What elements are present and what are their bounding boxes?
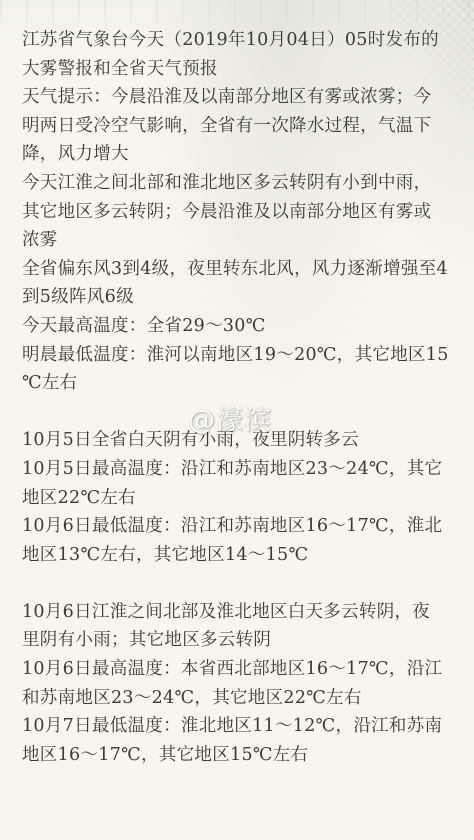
text-line: 今天江淮之间北部和淮北地区多云转阴有小到中雨，: [22, 169, 474, 198]
section-oct5-forecast: 10月5日全省白天阴有小雨，夜里阴转多云 10月5日最高温度：沿江和苏南地区23…: [22, 426, 474, 569]
text-line: 10月5日最高温度：沿江和苏南地区23～24℃，其它: [22, 455, 474, 484]
text-line: 地区16～17℃，其它地区15℃左右: [22, 741, 474, 770]
document-title: 江苏省气象台今天（2019年10月04日）05时发布的 大雾警报和全省天气预报: [22, 26, 474, 83]
text-line: 10月6日江淮之间北部及淮北地区白天多云转阴，夜: [22, 598, 474, 627]
text-line: 今天最高温度：全省29～30℃: [22, 312, 474, 341]
text-line: 地区22℃左右: [22, 484, 474, 513]
text-line: 降，风力增大: [22, 140, 474, 169]
text-line: 地区13℃左右，其它地区14～15℃: [22, 541, 474, 570]
text-line: 10月7日最低温度：淮北地区11～12℃，沿江和苏南: [22, 712, 474, 741]
text-line: 天气提示：今晨沿淮及以南部分地区有雾或浓雾；今: [22, 83, 474, 112]
title-line: 大雾警报和全省天气预报: [22, 55, 474, 84]
text-line: 10月6日最低温度：沿江和苏南地区16～17℃，淮北: [22, 512, 474, 541]
text-line: 其它地区多云转阴；今晨沿淮及以南部分地区有雾或: [22, 198, 474, 227]
section-today-forecast: 天气提示：今晨沿淮及以南部分地区有雾或浓雾；今 明两日受冷空气影响，全省有一次降…: [22, 83, 474, 398]
text-line: 明两日受冷空气影响，全省有一次降水过程，气温下: [22, 112, 474, 141]
watermark: @濠滨: [188, 398, 272, 437]
text-line: 浓雾: [22, 226, 474, 255]
text-line: 10月6日最高温度：本省西北部地区16～17℃，沿江: [22, 655, 474, 684]
text-line: 到5级阵风6级: [22, 283, 474, 312]
paragraph-gap: [22, 569, 474, 598]
text-line: 和苏南地区23～24℃，其它地区22℃左右: [22, 684, 474, 713]
section-oct6-forecast: 10月6日江淮之间北部及淮北地区白天多云转阴，夜 里阴有小雨；其它地区多云转阴 …: [22, 598, 474, 770]
title-line: 江苏省气象台今天（2019年10月04日）05时发布的: [22, 26, 474, 55]
text-line: 明晨最低温度：淮河以南地区19～20℃，其它地区15: [22, 341, 474, 370]
text-line: 全省偏东风3到4级，夜里转东北风，风力逐渐增强至4: [22, 255, 474, 284]
text-line: ℃左右: [22, 369, 474, 398]
text-line: 里阴有小雨；其它地区多云转阴: [22, 626, 474, 655]
